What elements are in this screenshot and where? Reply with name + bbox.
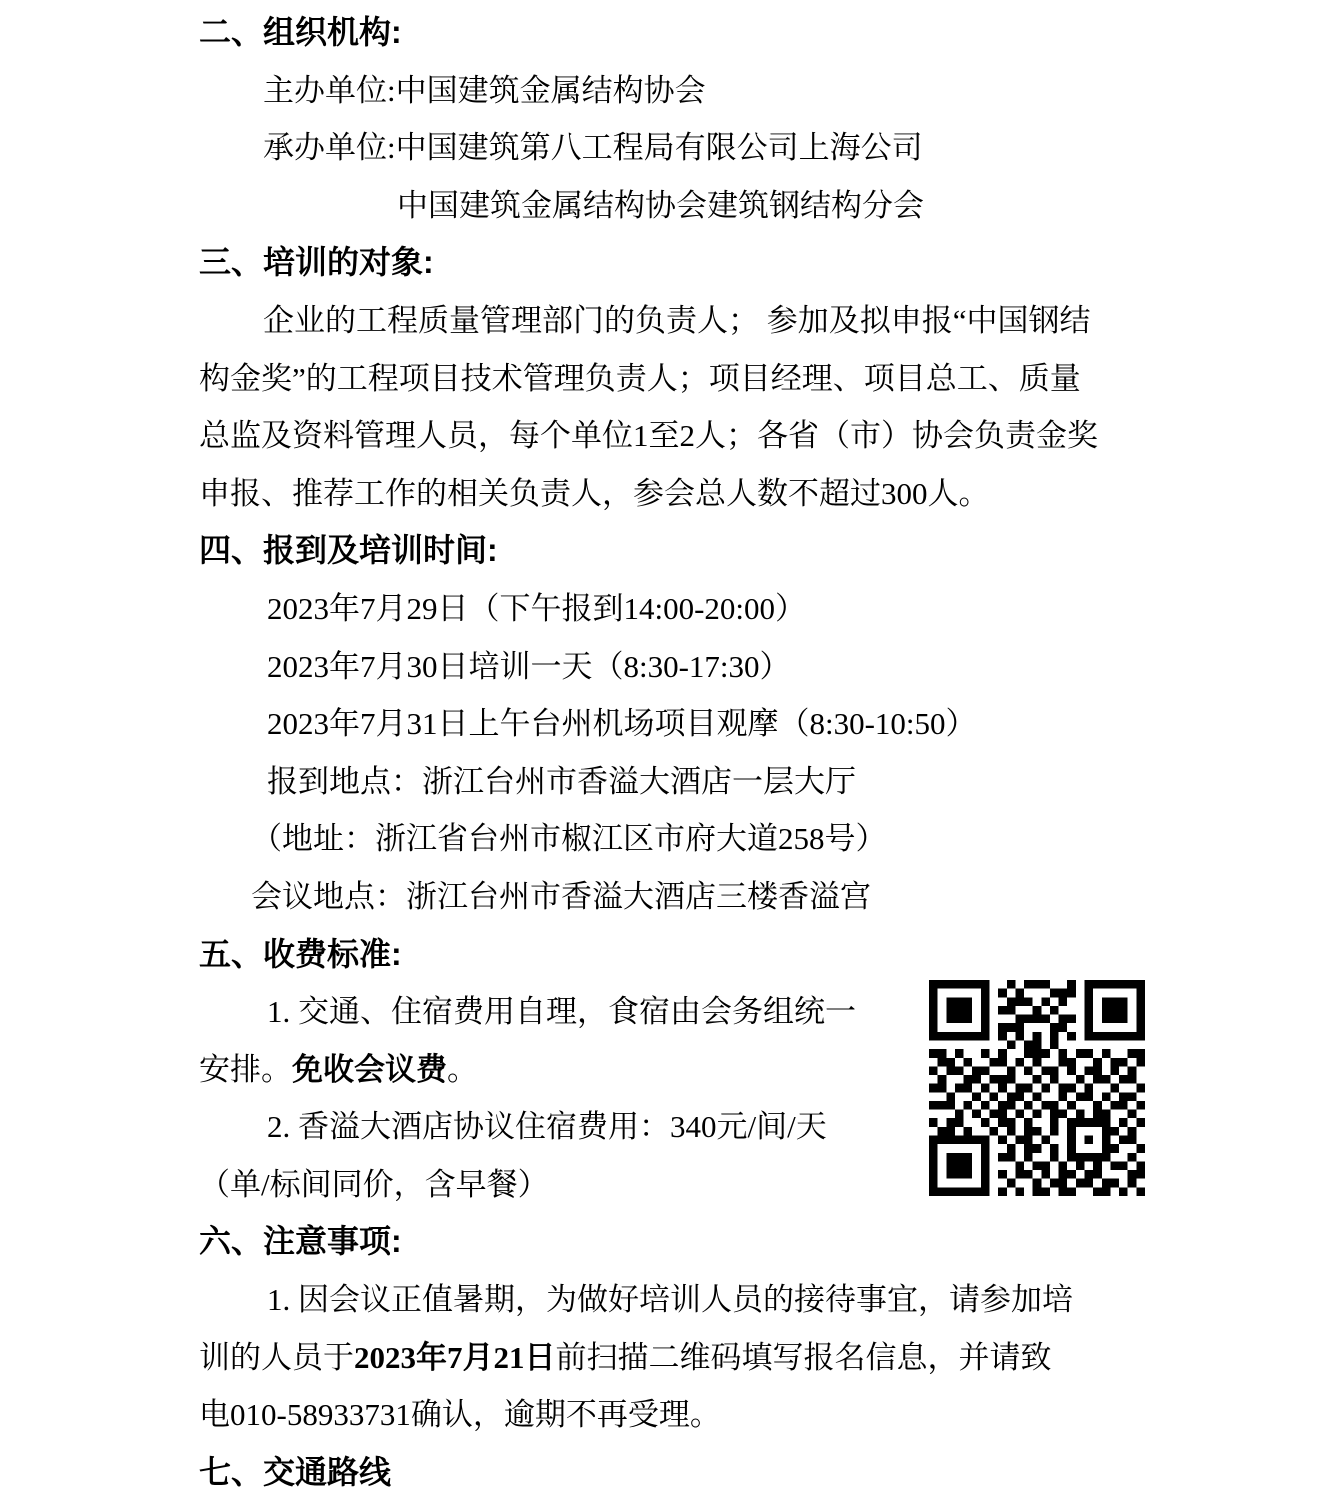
schedule-meeting-venue: 会议地点：浙江台州市香溢大酒店三楼香溢宫 [199, 868, 1139, 926]
document-content: 二、组织机构: 主办单位:中国建筑金属结构协会 承办单位:中国建筑第八工程局有限… [199, 4, 1139, 1501]
audience-paragraph-line-2: 构金奖”的工程项目技术管理负责人；项目经理、项目总工、质量 [199, 350, 1139, 408]
notes-line-2: 训的人员于2023年7月21日前扫描二维码填写报名信息，并请致 [199, 1329, 1139, 1387]
qr-code [929, 980, 1145, 1196]
schedule-date-2: 2023年7月30日培训一天（8:30-17:30） [199, 638, 1139, 696]
audience-paragraph-line-3: 总监及资料管理人员，每个单位1至2人；各省（市）协会负责金奖 [199, 407, 1139, 465]
line-organizer-unit: 承办单位:中国建筑第八工程局有限公司上海公司 [199, 119, 1139, 177]
line-host-unit: 主办单位:中国建筑金属结构协会 [199, 62, 1139, 120]
section-schedule-heading: 四、报到及培训时间: [199, 522, 1139, 580]
section-org-heading: 二、组织机构: [199, 4, 1139, 62]
notes-line-3: 电010-58933731确认，逾期不再受理。 [199, 1386, 1139, 1444]
section-audience-heading: 三、培训的对象: [199, 234, 1139, 292]
notes-line-2-pre: 训的人员于 [199, 1340, 354, 1375]
fees-free-admission-bold: 免收会议费 [292, 1052, 447, 1087]
notes-line-1: 1. 因会议正值暑期，为做好培训人员的接待事宜，请参加培 [199, 1271, 1139, 1329]
schedule-checkin-location: 报到地点：浙江台州市香溢大酒店一层大厅 [199, 753, 1139, 811]
audience-paragraph-line-1: 企业的工程质量管理部门的负责人； 参加及拟申报“中国钢结 [199, 292, 1139, 350]
section-traffic-heading: 七、交通路线 [199, 1444, 1139, 1502]
schedule-date-1: 2023年7月29日（下午报到14:00-20:00） [199, 580, 1139, 638]
notes-line-2-post: 前扫描二维码填写报名信息，并请致 [556, 1340, 1052, 1375]
line-organizer-unit-2: 中国建筑金属结构协会建筑钢结构分会 [199, 177, 1139, 235]
notes-deadline-date-bold: 2023年7月21日 [354, 1340, 556, 1375]
schedule-date-3: 2023年7月31日上午台州机场项目观摩（8:30-10:50） [199, 695, 1139, 753]
section-fees-heading: 五、收费标准: [199, 926, 1139, 984]
document-page: 二、组织机构: 主办单位:中国建筑金属结构协会 承办单位:中国建筑第八工程局有限… [0, 0, 1322, 1510]
fees-item-1-line-2-pre: 安排。 [199, 1052, 292, 1087]
section-notes-heading: 六、注意事项: [199, 1213, 1139, 1271]
fees-item-1-line-2-post: 。 [447, 1052, 478, 1087]
schedule-address: （地址：浙江省台州市椒江区市府大道258号） [199, 810, 1139, 868]
audience-paragraph-line-4: 申报、推荐工作的相关负责人，参会总人数不超过300人。 [199, 465, 1139, 523]
